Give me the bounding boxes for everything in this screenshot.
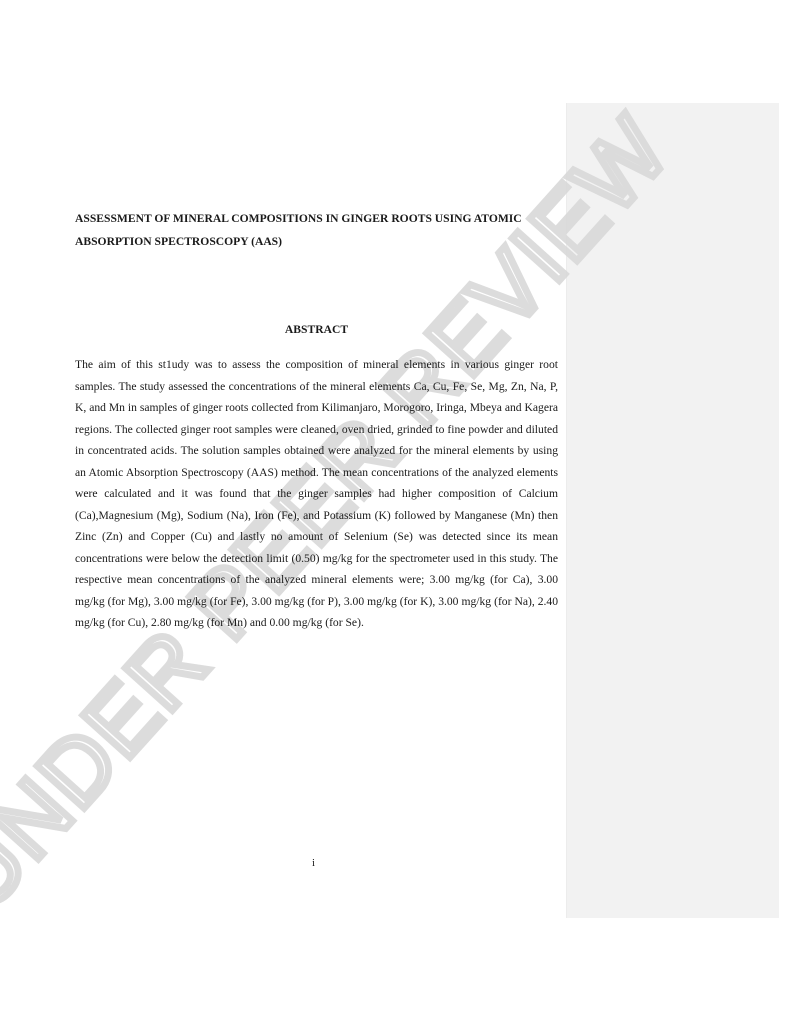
comment-margin-pane [566, 103, 779, 918]
abstract-body: The aim of this st1udy was to assess the… [75, 354, 558, 634]
abstract-heading: ABSTRACT [75, 322, 558, 338]
page-number: i [312, 856, 315, 870]
paper-title: ASSESSMENT OF MINERAL COMPOSITIONS IN GI… [75, 207, 558, 253]
